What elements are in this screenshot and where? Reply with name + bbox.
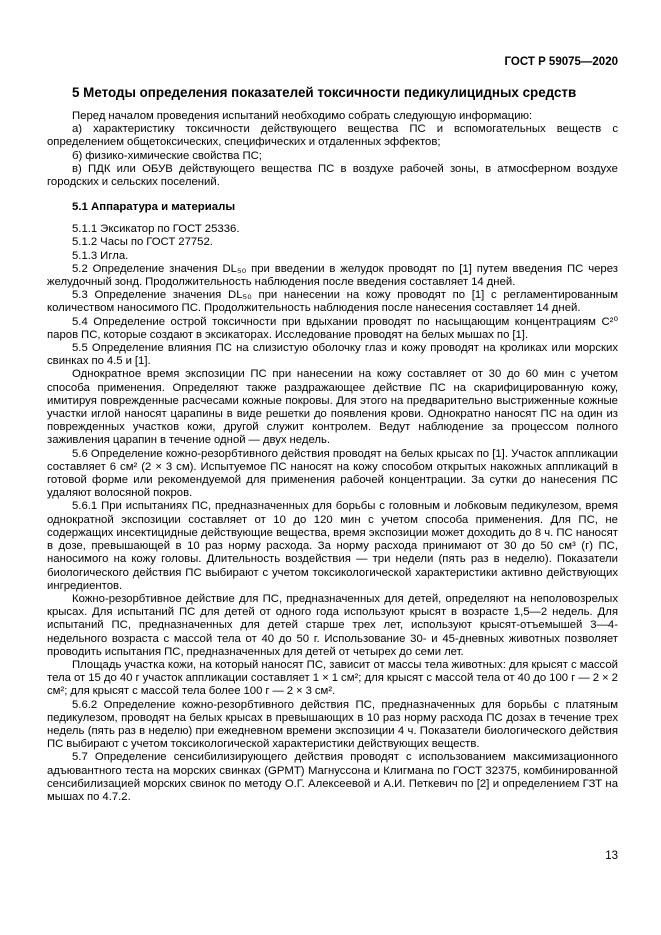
paragraph-list-v: в) ПДК или ОБУВ действующего вещества ПС…	[47, 163, 618, 189]
paragraph-5-1-2: 5.1.2 Часы по ГОСТ 27752.	[47, 236, 618, 249]
paragraph-5-1-1: 5.1.1 Эксикатор по ГОСТ 25336.	[47, 223, 618, 236]
running-header: ГОСТ Р 59075—2020	[47, 55, 618, 69]
paragraph-5-1-3: 5.1.3 Игла.	[47, 250, 618, 263]
paragraph-5-6-1: 5.6.1 При испытаниях ПС, предназначенных…	[47, 500, 618, 592]
paragraph-5-6: 5.6 Определение кожно-резорбтивного дейс…	[47, 448, 618, 501]
paragraph-intro: Перед началом проведения испытаний необх…	[47, 110, 618, 123]
paragraph-exposure: Однократное время экспозиции ПС при нане…	[47, 368, 618, 447]
paragraph-list-b: б) физико-химические свойства ПС;	[47, 150, 618, 163]
page-number: 13	[605, 849, 618, 863]
paragraph-5-6-2: 5.6.2 Определение кожно-резорбтивного де…	[47, 699, 618, 752]
paragraph-skin-area: Площадь участка кожи, на который наносят…	[47, 659, 618, 699]
document-page: ГОСТ Р 59075—2020 5 Методы определения п…	[0, 0, 661, 935]
paragraph-5-5: 5.5 Определение влияния ПС на слизистую …	[47, 342, 618, 368]
section-title: 5 Методы определения показателей токсичн…	[47, 85, 618, 101]
paragraph-children: Кожно-резорбтивное действие для ПС, пред…	[47, 593, 618, 659]
paragraph-5-3: 5.3 Определение значения DL₅₀ при нанесе…	[47, 289, 618, 315]
paragraph-5-4: 5.4 Определение острой токсичности при в…	[47, 316, 618, 342]
paragraph-5-7: 5.7 Определение сенсибилизирующего дейст…	[47, 751, 618, 804]
paragraph-5-2: 5.2 Определение значения DL₅₀ при введен…	[47, 263, 618, 289]
subsection-title: 5.1 Аппаратура и материалы	[47, 200, 618, 214]
paragraph-list-a: а) характеристику токсичности действующе…	[47, 123, 618, 149]
